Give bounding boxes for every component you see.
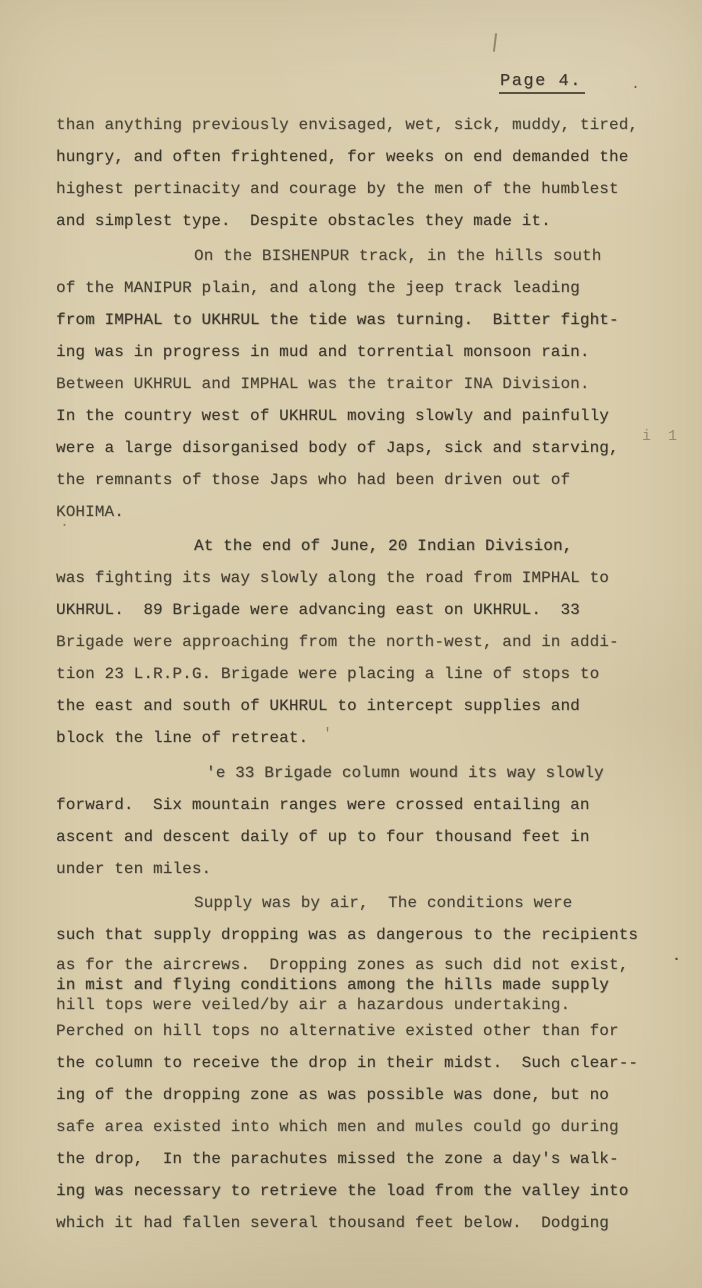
ink-speck: . bbox=[60, 514, 69, 531]
text-line: the remnants of those Japs who had been … bbox=[56, 464, 686, 496]
page-number-heading: Page 4. bbox=[499, 72, 585, 94]
text-line: block the line of retreat. bbox=[56, 722, 686, 754]
ink-speck: . bbox=[672, 948, 681, 965]
text-line: Perched on hill tops no alternative exis… bbox=[56, 1015, 686, 1047]
text-line: On the BISHENPUR track, in the hills sou… bbox=[56, 240, 686, 272]
text-line: as for the aircrews. Dropping zones as s… bbox=[56, 955, 686, 975]
typewritten-document-page: Page 4. than anything previously envisag… bbox=[0, 0, 702, 1288]
text-line: in mist and flying conditions among the … bbox=[56, 975, 686, 995]
text-line: Brigade were approaching from the north-… bbox=[56, 626, 686, 658]
text-line: such that supply dropping was as dangero… bbox=[56, 919, 686, 951]
text-line: were a large disorganised body of Japs, … bbox=[56, 432, 686, 464]
text-line: ing was in progress in mud and torrentia… bbox=[56, 336, 686, 368]
text-line: the column to receive the drop in their … bbox=[56, 1047, 686, 1079]
text-line: UKHRUL. 89 Brigade were advancing east o… bbox=[56, 594, 686, 626]
text-line: the drop, In the parachutes missed the z… bbox=[56, 1143, 686, 1175]
text-line: and simplest type. Despite obstacles the… bbox=[56, 205, 686, 237]
text-line: was fighting its way slowly along the ro… bbox=[56, 562, 686, 594]
text-line: In the country west of UKHRUL moving slo… bbox=[56, 400, 686, 432]
text-line: which it had fallen several thousand fee… bbox=[56, 1207, 686, 1239]
document-body-text: than anything previously envisaged, wet,… bbox=[56, 109, 686, 1239]
text-line: At the end of June, 20 Indian Division, bbox=[56, 530, 686, 562]
text-line: from IMPHAL to UKHRUL the tide was turni… bbox=[56, 304, 686, 336]
text-line: under ten miles. bbox=[56, 853, 686, 885]
ink-speck: ' bbox=[323, 726, 332, 743]
text-line: highest pertinacity and courage by the m… bbox=[56, 173, 686, 205]
text-line: forward. Six mountain ranges were crosse… bbox=[56, 789, 686, 821]
text-line: tion 23 L.R.P.G. Brigade were placing a … bbox=[56, 658, 686, 690]
text-line: the east and south of UKHRUL to intercep… bbox=[56, 690, 686, 722]
text-line: hill tops were veiled/by air a hazardous… bbox=[56, 995, 686, 1015]
text-line: of the MANIPUR plain, and along the jeep… bbox=[56, 272, 686, 304]
text-line: Between UKHRUL and IMPHAL was the traito… bbox=[56, 368, 686, 400]
ink-speck: . bbox=[631, 76, 640, 93]
faint-ink-mark: i 1 bbox=[642, 428, 681, 445]
text-line: ing of the dropping zone as was possible… bbox=[56, 1079, 686, 1111]
text-line: Supply was by air, The conditions were bbox=[56, 887, 686, 919]
text-line: 'e 33 Brigade column wound its way slowl… bbox=[56, 757, 686, 789]
text-line: KOHIMA. bbox=[56, 496, 686, 528]
text-line: hungry, and often frightened, for weeks … bbox=[56, 141, 686, 173]
text-line: than anything previously envisaged, wet,… bbox=[56, 109, 686, 141]
text-line: ascent and descent daily of up to four t… bbox=[56, 821, 686, 853]
text-line: ing was necessary to retrieve the load f… bbox=[56, 1175, 686, 1207]
stray-pen-mark bbox=[493, 33, 497, 52]
text-line: safe area existed into which men and mul… bbox=[56, 1111, 686, 1143]
